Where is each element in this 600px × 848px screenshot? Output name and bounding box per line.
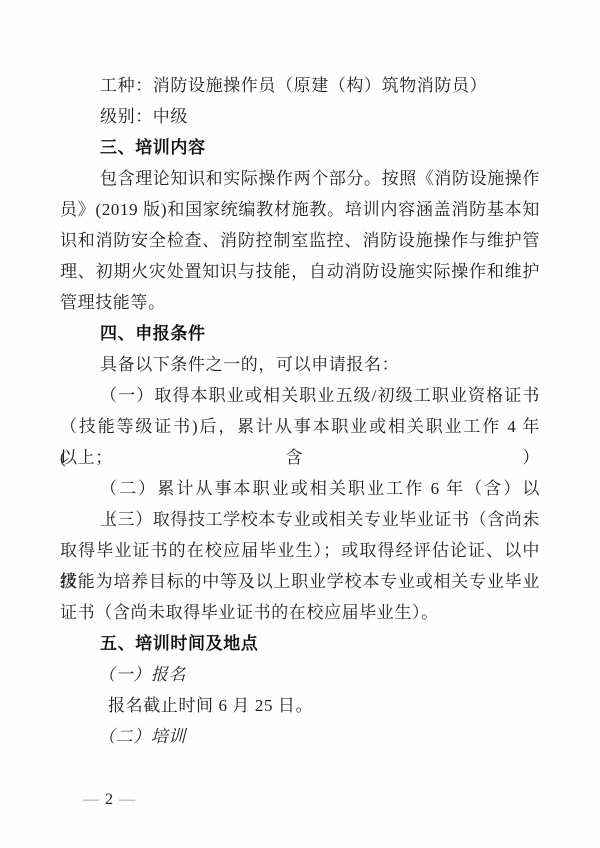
- condition-1-line: （技能等级证书)后，累计从事本职业或相关职业工作 4 年(含）: [60, 411, 540, 442]
- condition-3-line: 证书（含尚未取得毕业证书的在校应届毕业生）。: [60, 597, 540, 628]
- condition-3-line: （三）取得技工学校本专业或相关专业毕业证书（含尚未: [60, 504, 540, 535]
- paragraph-line: 管理技能等。: [60, 287, 540, 318]
- section-heading-training-content: 三、培训内容: [60, 132, 540, 163]
- paragraph-line: 具备以下条件之一的，可以申请报名：: [60, 349, 540, 380]
- paragraph-line: 包含理论知识和实际操作两个部分。按照《消防设施操作: [60, 163, 540, 194]
- page-number-value: 2: [105, 791, 113, 808]
- page-number-left-dash: —: [77, 791, 105, 808]
- page-number: —2—: [77, 790, 141, 810]
- condition-2-line: （二）累计从事本职业或相关职业工作 6 年（含）以上；: [60, 473, 540, 504]
- section-heading-time-and-place: 五、培训时间及地点: [60, 628, 540, 659]
- page-number-right-dash: —: [113, 791, 141, 808]
- document-page: 工种：消防设施操作员（原建（构）筑物消防员） 级别：中级 三、培训内容 包含理论…: [0, 0, 600, 848]
- document-body: 工种：消防设施操作员（原建（构）筑物消防员） 级别：中级 三、培训内容 包含理论…: [60, 70, 540, 752]
- line-worktype: 工种：消防设施操作员（原建（构）筑物消防员）: [60, 70, 540, 101]
- condition-1-line: （一）取得本职业或相关职业五级/初级工职业资格证书: [60, 380, 540, 411]
- paragraph-line: 员》(2019 版)和国家统编教材施教。培训内容涵盖消防基本知: [60, 194, 540, 225]
- condition-3-line: 取得毕业证书的在校应届毕业生）；或取得经评估论证、以中级: [60, 535, 540, 566]
- subitem-registration: （一）报名: [60, 659, 540, 690]
- paragraph-line: 理、初期火灾处置知识与技能，自动消防设施实际操作和维护: [60, 256, 540, 287]
- subitem-training: （二）培训: [60, 721, 540, 752]
- line-level: 级别：中级: [60, 101, 540, 132]
- paragraph-line: 识和消防安全检查、消防控制室监控、消防设施操作与维护管: [60, 225, 540, 256]
- registration-deadline-line: 报名截止时间 6 月 25 日。: [60, 690, 540, 721]
- condition-3-line: 技能为培养目标的中等及以上职业学校本专业或相关专业毕业: [60, 566, 540, 597]
- section-heading-application-conditions: 四、申报条件: [60, 318, 540, 349]
